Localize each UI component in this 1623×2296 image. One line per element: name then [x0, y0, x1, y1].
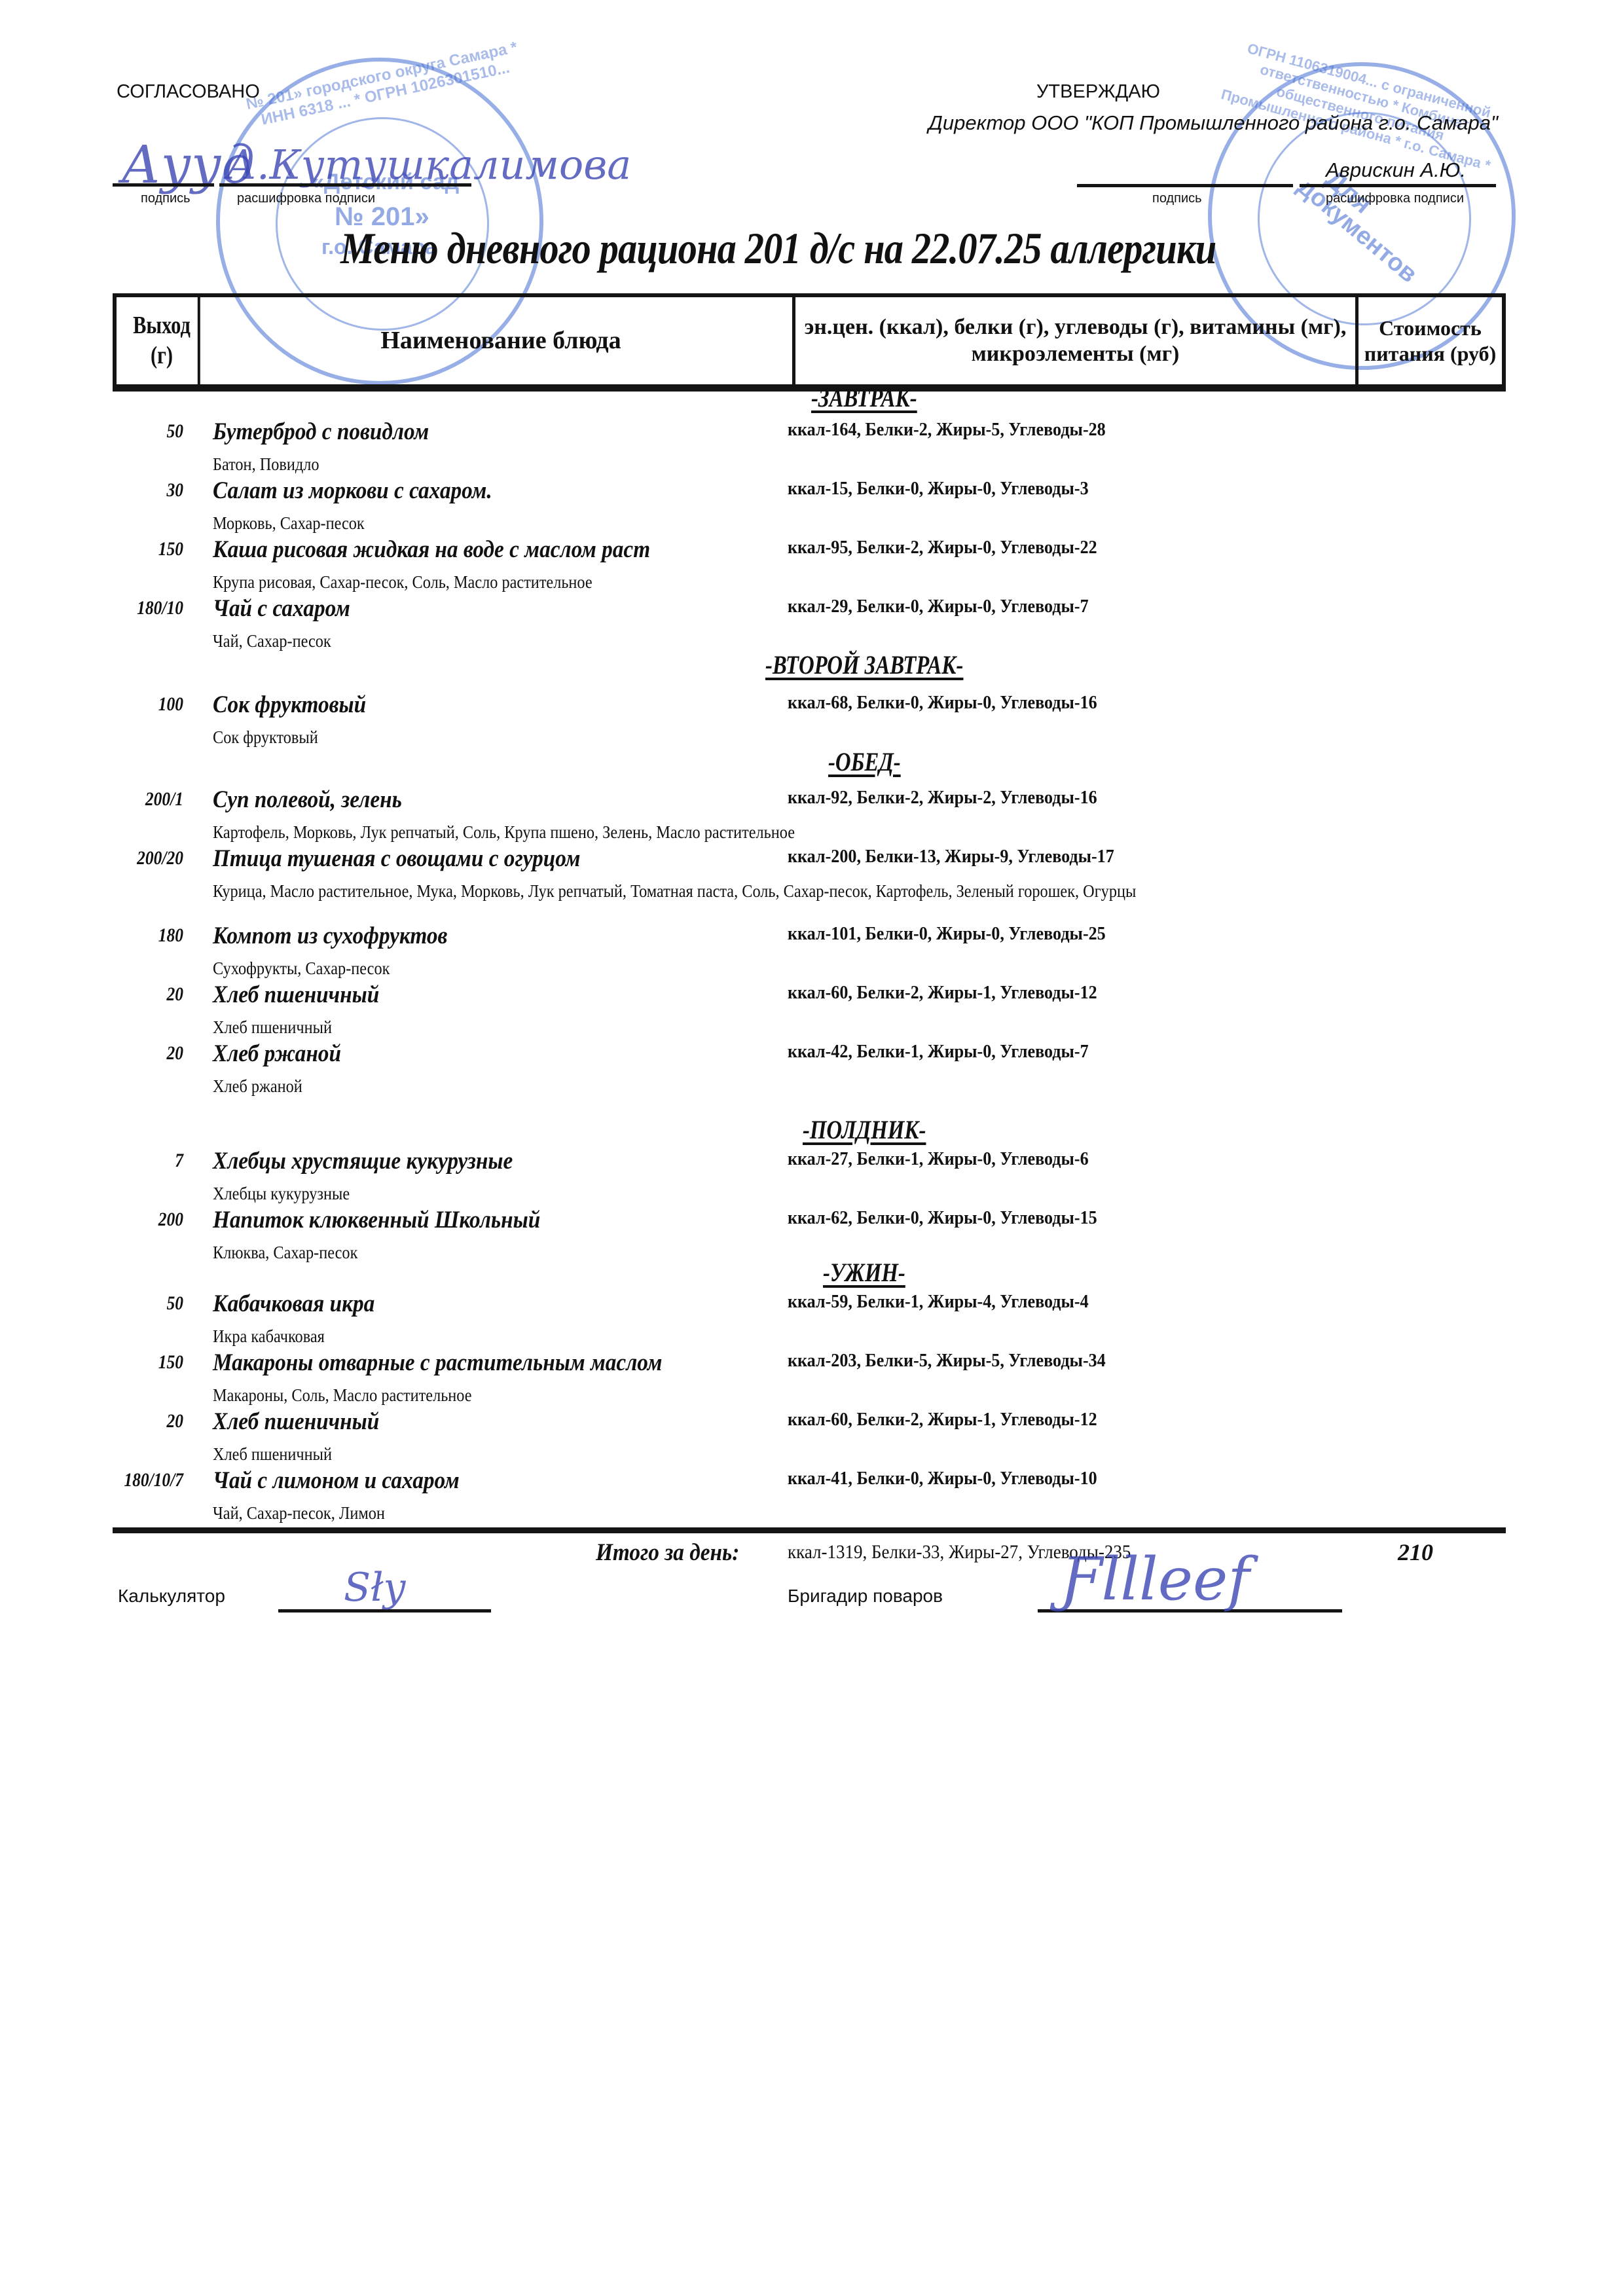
item-ingredients: Хлеб пшеничный — [213, 1015, 1356, 1040]
approved-signature-line — [1077, 184, 1293, 187]
item-name: Кабачковая икра — [213, 1290, 374, 1318]
calculator-signature: Sły — [344, 1565, 405, 1611]
column-header-nutrition: эн.цен. (ккал), белки (г), углеводы (г),… — [795, 297, 1359, 384]
item-ingredients: Сок фруктовый — [213, 725, 1356, 750]
item-ingredients: Картофель, Морковь, Лук репчатый, Соль, … — [213, 820, 1356, 845]
item-nutrition: ккал-68, Белки-0, Жиры-0, Углеводы-16 — [788, 692, 1097, 714]
item-name: Чай с лимоном и сахаром — [213, 1467, 460, 1495]
item-nutrition: ккал-60, Белки-2, Жиры-1, Углеводы-12 — [788, 982, 1097, 1004]
item-name: Хлеб ржаной — [213, 1040, 341, 1068]
item-ingredients: Хлеб пшеничный — [213, 1442, 1356, 1467]
column-header-name: Наименование блюда — [210, 297, 795, 384]
item-name: Хлебцы хрустящие кукурузные — [213, 1147, 513, 1175]
approved-signature-caption: подпись — [1152, 191, 1202, 206]
item-yield: 50 — [100, 1292, 184, 1315]
agreed-decode-handwriting: А.Кутушкалимова — [226, 141, 631, 189]
item-ingredients: Хлеб ржаной — [213, 1074, 1356, 1099]
item-yield: 50 — [100, 420, 184, 443]
agreed-decode-line — [219, 183, 471, 187]
item-yield: 200 — [100, 1209, 184, 1231]
item-nutrition: ккал-101, Белки-0, Жиры-0, Углеводы-25 — [788, 923, 1106, 945]
item-ingredients: Морковь, Сахар-песок — [213, 511, 1356, 536]
item-name: Каша рисовая жидкая на воде с маслом рас… — [213, 536, 650, 564]
item-ingredients: Сухофрукты, Сахар-песок — [213, 956, 1356, 981]
item-yield: 180 — [100, 924, 184, 947]
item-yield: 180/10 — [100, 597, 184, 619]
item-ingredients: Крупа рисовая, Сахар-песок, Соль, Масло … — [213, 570, 1356, 595]
section-title: -ПОЛДНИК- — [803, 1114, 926, 1145]
item-ingredients: Курица, Масло растительное, Мука, Морков… — [213, 879, 1356, 904]
item-nutrition: ккал-59, Белки-1, Жиры-4, Углеводы-4 — [788, 1291, 1089, 1313]
item-ingredients: Батон, Повидло — [213, 452, 1356, 477]
total-label: Итого за день: — [596, 1539, 739, 1567]
column-header-cost: Стоимость питания (руб) — [1359, 297, 1502, 384]
item-yield: 200/20 — [100, 847, 184, 869]
section-title: -ВТОРОЙ ЗАВТРАК- — [765, 649, 963, 680]
item-yield: 100 — [100, 693, 184, 716]
item-ingredients: Икра кабачковая — [213, 1324, 1356, 1349]
approved-name: Аврискин А.Ю. — [1326, 158, 1466, 182]
item-yield: 7 — [100, 1150, 184, 1172]
document-title: Меню дневного рациона 201 д/с на 22.07.2… — [340, 223, 1216, 274]
item-yield: 30 — [100, 479, 184, 501]
item-name: Сок фруктовый — [213, 691, 366, 719]
item-nutrition: ккал-60, Белки-2, Жиры-1, Углеводы-12 — [788, 1409, 1097, 1430]
item-yield: 20 — [100, 1410, 184, 1432]
item-nutrition: ккал-164, Белки-2, Жиры-5, Углеводы-28 — [788, 419, 1106, 441]
calculator-label: Калькулятор — [118, 1586, 225, 1607]
item-nutrition: ккал-29, Белки-0, Жиры-0, Углеводы-7 — [788, 596, 1089, 617]
item-nutrition: ккал-62, Белки-0, Жиры-0, Углеводы-15 — [788, 1207, 1097, 1229]
approved-title: УТВЕРЖДАЮ — [1036, 81, 1160, 103]
item-name: Чай с сахаром — [213, 594, 350, 623]
item-nutrition: ккал-41, Белки-0, Жиры-0, Углеводы-10 — [788, 1468, 1097, 1489]
item-ingredients: Макароны, Соль, Масло растительное — [213, 1383, 1356, 1408]
item-nutrition: ккал-203, Белки-5, Жиры-5, Углеводы-34 — [788, 1350, 1106, 1372]
item-ingredients: Клюква, Сахар-песок — [213, 1240, 1356, 1266]
approved-role: Директор ООО "КОП Промышленного района г… — [817, 111, 1498, 135]
agreed-title: СОГЛАСОВАНО — [117, 81, 260, 103]
item-yield: 180/10/7 — [100, 1469, 184, 1491]
item-nutrition: ккал-95, Белки-2, Жиры-0, Углеводы-22 — [788, 537, 1097, 558]
agreed-signature-line — [113, 183, 214, 187]
chef-signature: Ƒllleef — [1061, 1545, 1250, 1614]
item-name: Компот из сухофруктов — [213, 922, 447, 950]
agreed-decode-caption: расшифровка подписи — [237, 191, 375, 206]
item-nutrition: ккал-15, Белки-0, Жиры-0, Углеводы-3 — [788, 478, 1089, 500]
table-header: Выход (г) Наименование блюда эн.цен. (кк… — [113, 293, 1506, 392]
item-yield: 150 — [100, 538, 184, 560]
item-ingredients: Хлебцы кукурузные — [213, 1181, 1356, 1207]
approved-decode-line — [1300, 184, 1496, 187]
section-title: -ЗАВТРАК- — [811, 382, 917, 413]
column-header-yield: Выход (г) — [126, 297, 200, 384]
item-yield: 200/1 — [100, 788, 184, 811]
item-nutrition: ккал-42, Белки-1, Жиры-0, Углеводы-7 — [788, 1041, 1089, 1063]
item-yield: 150 — [100, 1351, 184, 1374]
item-name: Суп полевой, зелень — [213, 786, 402, 814]
item-name: Птица тушеная с овощами с огурцом — [213, 845, 580, 873]
item-name: Хлеб пшеничный — [213, 981, 379, 1009]
item-ingredients: Чай, Сахар-песок, Лимон — [213, 1501, 1356, 1526]
table-bottom-rule — [113, 1527, 1506, 1533]
item-name: Макароны отварные с растительным маслом — [213, 1349, 662, 1377]
section-title: -УЖИН- — [823, 1257, 905, 1288]
item-name: Хлеб пшеничный — [213, 1408, 379, 1436]
chef-label: Бригадир поваров — [788, 1586, 943, 1607]
item-name: Напиток клюквенный Школьный — [213, 1206, 540, 1234]
item-nutrition: ккал-200, Белки-13, Жиры-9, Углеводы-17 — [788, 846, 1114, 867]
item-nutrition: ккал-92, Белки-2, Жиры-2, Углеводы-16 — [788, 787, 1097, 809]
item-yield: 20 — [100, 1042, 184, 1065]
item-nutrition: ккал-27, Белки-1, Жиры-0, Углеводы-6 — [788, 1148, 1089, 1170]
agreed-signature-caption: подпись — [141, 191, 191, 206]
item-name: Бутерброд с повидлом — [213, 418, 429, 446]
item-yield: 20 — [100, 983, 184, 1006]
approved-decode-caption: расшифровка подписи — [1326, 191, 1464, 206]
total-cost: 210 — [1398, 1539, 1433, 1566]
item-name: Салат из моркови с сахаром. — [213, 477, 492, 505]
section-title: -ОБЕД- — [828, 746, 901, 777]
